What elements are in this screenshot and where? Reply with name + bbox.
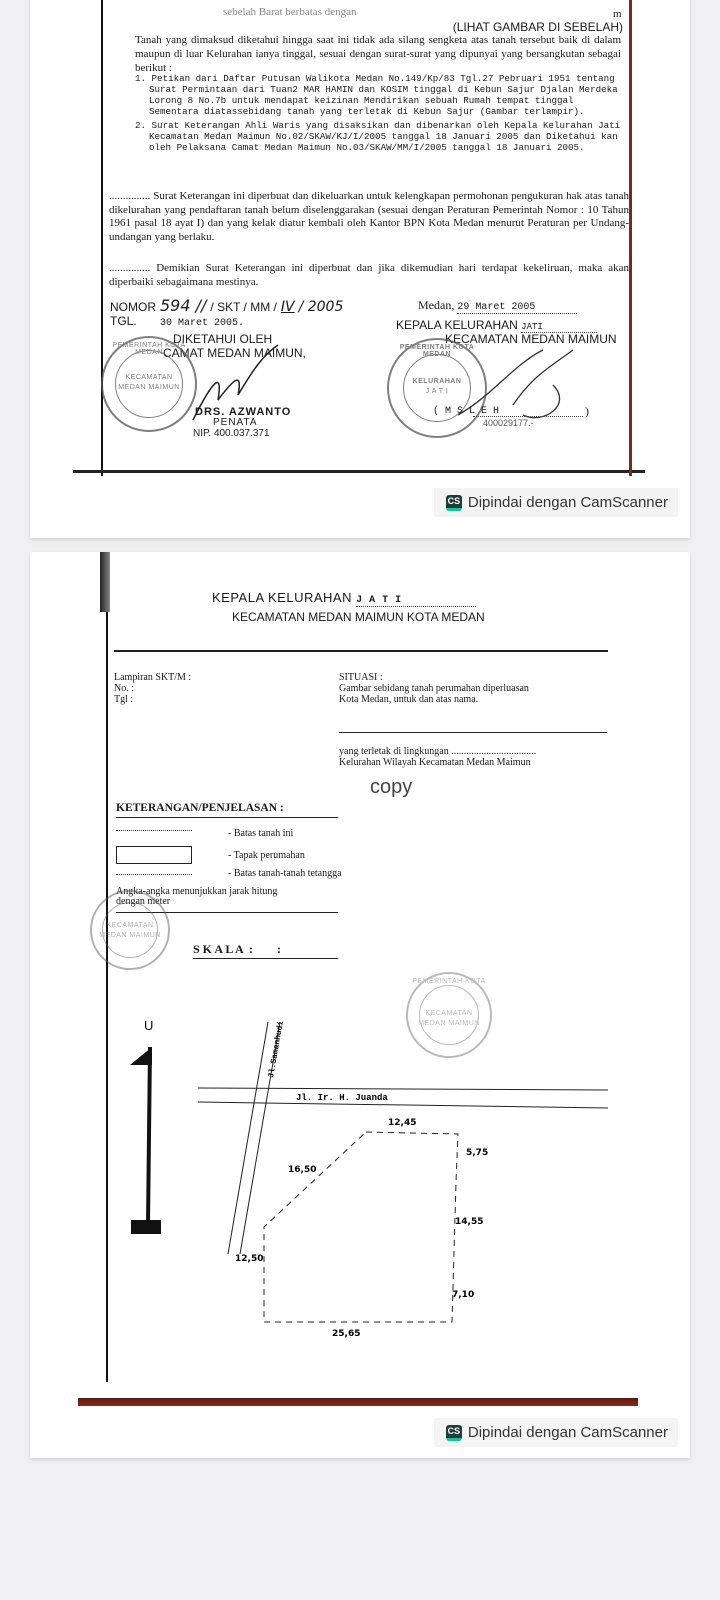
nomor-month: IV (281, 299, 295, 315)
parcel-boundary (264, 1132, 458, 1322)
page-edge-right (629, 0, 632, 476)
stamp-ring-text: PEMERINTAH KOTA MEDAN (103, 342, 195, 356)
scale-underline (193, 958, 338, 959)
kepala-kelurahan-line: KEPALA KELURAHAN JATI (396, 318, 597, 333)
lampiran-block: Lampiran SKT/M : No. : Tgl : (114, 672, 191, 705)
camscanner-badge[interactable]: CS Dipindai dengan CamScanner (434, 1418, 678, 1447)
situasi-label: SITUASI : (339, 672, 529, 683)
header-subtitle: KECAMATAN MEDAN MAIMUN KOTA MEDAN (232, 610, 485, 624)
dimension-right-top: 5,75 (466, 1148, 488, 1158)
tgl-value: 30 Maret 2005. (160, 318, 244, 329)
dimension-top: 12,45 (388, 1118, 416, 1128)
camat-rank: PENATA (213, 417, 258, 428)
see-image-note: (LIHAT GAMBAR DI SEBELAH) (453, 20, 623, 34)
road-label-horizontal: Jl. Ir. H. Juanda (296, 1093, 388, 1103)
legend-label: - Batas tanah ini (228, 828, 293, 839)
unit-label: m (613, 8, 622, 20)
road-label-vertical: Jl.Samanhudi (267, 1020, 286, 1078)
situasi-block: SITUASI : Gambar sebidang tanah perumaha… (339, 672, 529, 705)
camscanner-badge[interactable]: CS Dipindai dengan CamScanner (434, 488, 678, 517)
no-label: No. : (114, 683, 191, 694)
lingkungan-line: yang terletak di lingkungan ............… (339, 746, 536, 757)
scanned-document-page-1: sebelah Barat berbatas dengan m (LIHAT G… (73, 0, 645, 476)
scale-label: S K A L A : : (193, 942, 281, 957)
list-item: 2. Surat Keterangan Ahli Waris yang disa… (135, 120, 623, 153)
dimension-bottom: 25,65 (332, 1329, 360, 1339)
list-item: 1. Petikan dari Daftar Putusan Walikota … (135, 73, 623, 117)
scanned-document-page-2: KEPALA KELURAHAN J A T I KECAMATAN MEDAN… (78, 552, 638, 1440)
lampiran-label: Lampiran SKT/M : (114, 672, 191, 683)
cut-off-text: sebelah Barat berbatas dengan (223, 6, 356, 18)
tgl-label: Tgl : (114, 694, 191, 705)
legend-dotted-symbol (116, 830, 192, 831)
lurah-name-line (473, 416, 583, 417)
scanned-page-card-2[interactable]: KEPALA KELURAHAN J A T I KECAMATAN MEDAN… (30, 552, 690, 1458)
stamp-line: MEDAN MAIMUN (92, 932, 168, 939)
page-corner-shadow (100, 552, 110, 612)
camat-nip: NIP. 400.037.371 (193, 428, 270, 439)
tgl-label: TGL. (110, 314, 137, 328)
camscanner-icon: CS (446, 1425, 462, 1441)
legend-label: - Batas tanah-tanah tetangga (228, 868, 342, 879)
stamp-line: KECAMATAN (103, 374, 195, 381)
stamp-line: MEDAN MAIMUN (103, 384, 195, 391)
nomor-year: / 2005 (299, 299, 344, 315)
legend-box-symbol (116, 846, 192, 864)
stamp-ring-text: PEMERINTAH KOTA (408, 978, 490, 985)
north-label: U (144, 1018, 153, 1033)
legend-label: - Tapak perumahan (228, 850, 305, 861)
situasi-divider (339, 732, 607, 733)
intro-paragraph: Tanah yang dimaksud diketahui hingga saa… (135, 33, 621, 75)
situasi-line-1: Gambar sebidang tanah perumahan diperlua… (339, 683, 529, 694)
page-edge-bottom (73, 470, 645, 473)
nomor-code: / SKT / MM / (210, 300, 276, 314)
header-kelurahan-value: J A T I (356, 595, 476, 607)
page-edge-bottom (78, 1398, 638, 1406)
header-divider (114, 650, 608, 652)
location-block: yang terletak di lingkungan ............… (339, 746, 536, 768)
dimension-right-mid: 14,55 (455, 1217, 483, 1227)
kepala-label: KEPALA KELURAHAN (396, 318, 518, 332)
purpose-paragraph: ............... Surat Keterangan ini dip… (109, 190, 629, 244)
tgl-line: TGL. 30 Maret 2005. (110, 314, 244, 329)
camscanner-text: Dipindai dengan CamScanner (468, 1424, 668, 1441)
stamp-line: KECAMATAN (92, 922, 168, 929)
header-title: KEPALA KELURAHAN J A T I (212, 590, 476, 607)
dimension-right-bottom: 7,10 (452, 1290, 474, 1300)
nomor-handwritten: 594 // (160, 296, 206, 315)
situasi-line-2: Kota Medan, untuk dan atas nama. (339, 694, 529, 705)
dimension-diagonal: 16,50 (288, 1165, 316, 1175)
kelurahan-line: Kelurahan Wilayah Kecamatan Medan Maimun (339, 757, 536, 768)
site-plan-drawing: U Jl. Ir. H. Juanda Jl.Samanhudi 12,45 5… (78, 992, 638, 1372)
date-value: 29 Maret 2005 (457, 302, 577, 314)
camscanner-text: Dipindai dengan CamScanner (468, 494, 668, 511)
keterangan-heading: KETERANGAN/PENJELASAN : (116, 802, 284, 814)
nomor-label: NOMOR (110, 300, 156, 314)
camscanner-icon: CS (446, 495, 462, 511)
copy-watermark: copy (370, 776, 412, 799)
scanned-page-card-1[interactable]: sebelah Barat berbatas dengan m (LIHAT G… (30, 0, 690, 538)
legend-dotted-symbol (116, 874, 192, 875)
page-edge (101, 0, 103, 476)
keterangan-underline (116, 817, 338, 818)
nomor-line: NOMOR 594 // / SKT / MM / IV / 2005 (110, 296, 343, 315)
closing-paren: ) (585, 404, 589, 419)
lurah-nip: 400029177.- (483, 418, 534, 428)
dimension-left: 12,50 (235, 1254, 263, 1264)
stamp-left-faint: KECAMATAN MEDAN MAIMUN (90, 890, 170, 970)
header-title-text: KEPALA KELURAHAN (212, 590, 352, 605)
place-label: Medan, (418, 298, 454, 312)
closing-paragraph: ............... Demikian Surat Keteranga… (109, 262, 629, 289)
place-date: Medan, 29 Maret 2005 (418, 298, 577, 314)
